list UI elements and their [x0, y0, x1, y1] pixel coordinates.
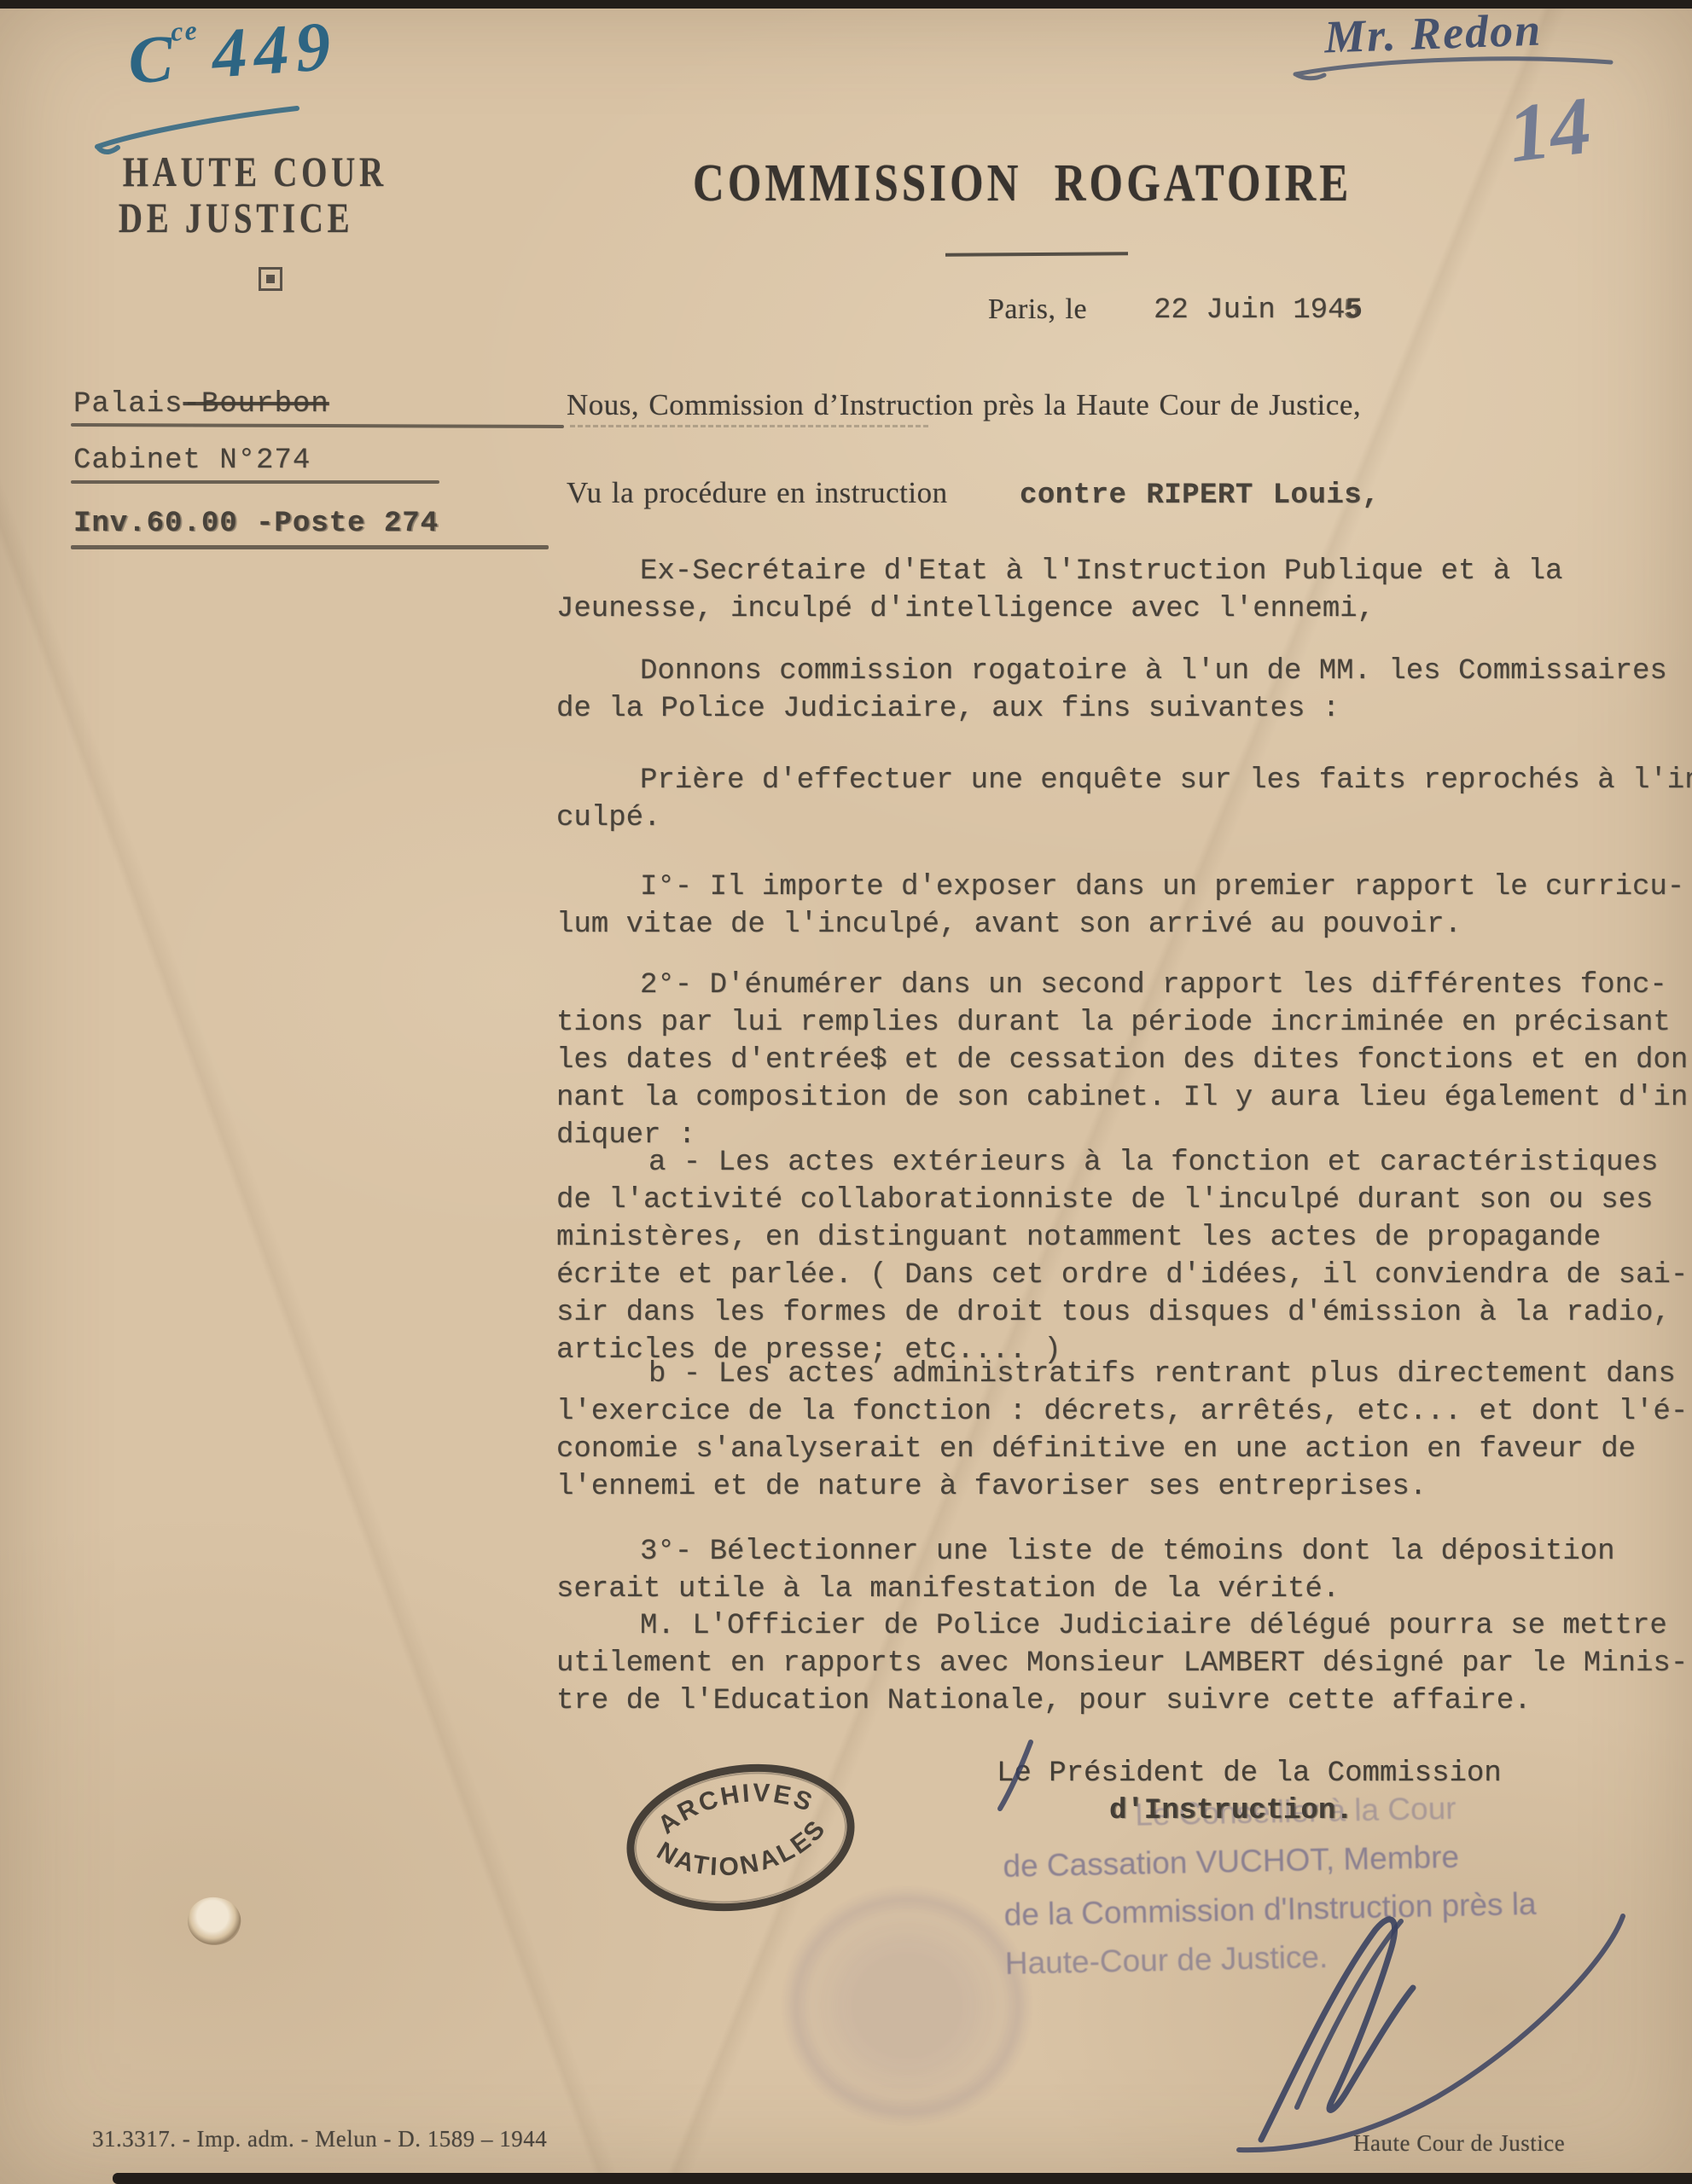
paragraph-point2: 2°- D'énumérer dans un second rapport le… — [556, 967, 1692, 1154]
paragraph-priere: Prière d'effectuer une enquête sur les f… — [556, 762, 1692, 837]
paragraph-secretary: Ex-Secrétaire d'Etat à l'Instruction Pub… — [556, 553, 1692, 628]
paragraph-point1: I°- Il importe d'exposer dans un premier… — [556, 868, 1692, 944]
address-line3: Inv.60.00 -Poste 274 — [73, 505, 439, 543]
document-title-text: COMMISSION ROGATOIRE — [693, 154, 1352, 214]
org-line2-text: DE JUSTICE — [119, 193, 353, 242]
date-overstruck-digit: 5 — [1345, 294, 1362, 327]
address-line2: Cabinet N°274 — [73, 442, 311, 479]
square-ornament-icon — [259, 267, 282, 291]
paper-hole — [183, 1892, 245, 1950]
document-scan: Cce449 Mr. Redon 14 HAUTE COUR DE JUSTIC… — [0, 0, 1692, 2184]
vu-defendant: contre RIPERT Louis, — [1020, 477, 1380, 514]
handwritten-dossier-number: Cce449 — [125, 5, 340, 101]
paragraph-point3: 3°- Bélectionner une liste de témoins do… — [556, 1533, 1692, 1608]
footer-court-label: Haute Cour de Justice — [1353, 2130, 1565, 2157]
square-ornament-inner — [266, 275, 275, 283]
dateline-printed: Paris, le — [988, 293, 1087, 326]
vu-label: Vu la procédure en instruction — [567, 476, 948, 509]
signature-title-line2: d'Instruction. — [1109, 1795, 1353, 1827]
typed-underline — [71, 480, 439, 484]
vu-line: Vu la procédure en instruction contre RI… — [567, 476, 1684, 510]
signature-title-line1: Le Président de la Commission — [997, 1757, 1502, 1790]
typed-underline-faded — [570, 425, 928, 427]
dateline-typed-text: 22 Juin 194 — [1154, 294, 1345, 327]
address-line1: Palais-Bourbon — [73, 386, 329, 423]
handwritten-page-number: 14 — [1503, 78, 1596, 182]
dossier-superscript: ce — [170, 15, 200, 47]
address-line1-part1: Palais — [73, 388, 183, 421]
intro-line: Nous, Commission d’Instruction près la H… — [567, 388, 1361, 422]
typed-underline — [71, 545, 549, 549]
printer-imprint: 31.3317. - Imp. adm. - Melun - D. 1589 –… — [92, 2126, 547, 2152]
dossier-prefix: C — [125, 20, 175, 97]
address-line1-part2-struck: -Bourbon — [183, 388, 329, 421]
paragraph-donnons: Donnons commission rogatoire à l'un de M… — [556, 653, 1692, 728]
letterhead-org-line1: HAUTE COUR — [85, 147, 350, 196]
letterhead-org-line2: DE JUSTICE — [85, 193, 350, 242]
handwritten-name-note: Mr. Redon — [1323, 3, 1543, 64]
dossier-underline-stroke — [97, 108, 297, 152]
title-rule — [945, 252, 1128, 256]
paragraph-officier: M. L'Officier de Police Judiciaire délég… — [556, 1607, 1692, 1720]
typed-underline — [71, 423, 564, 428]
paragraph-point-b: b - Les actes administratifs rentrant pl… — [556, 1356, 1692, 1506]
dossier-number: 449 — [209, 7, 340, 93]
dateline-typed: 22 Juin 1945 — [1154, 292, 1363, 329]
document-title: COMMISSION ROGATOIRE — [693, 154, 1497, 214]
org-line1-text: HAUTE COUR — [123, 147, 387, 196]
paragraph-point-a: a - Les actes extérieurs à la fonction e… — [556, 1144, 1692, 1369]
archives-nationales-stamp: ARCHIVES NATIONALES — [613, 1752, 869, 1923]
